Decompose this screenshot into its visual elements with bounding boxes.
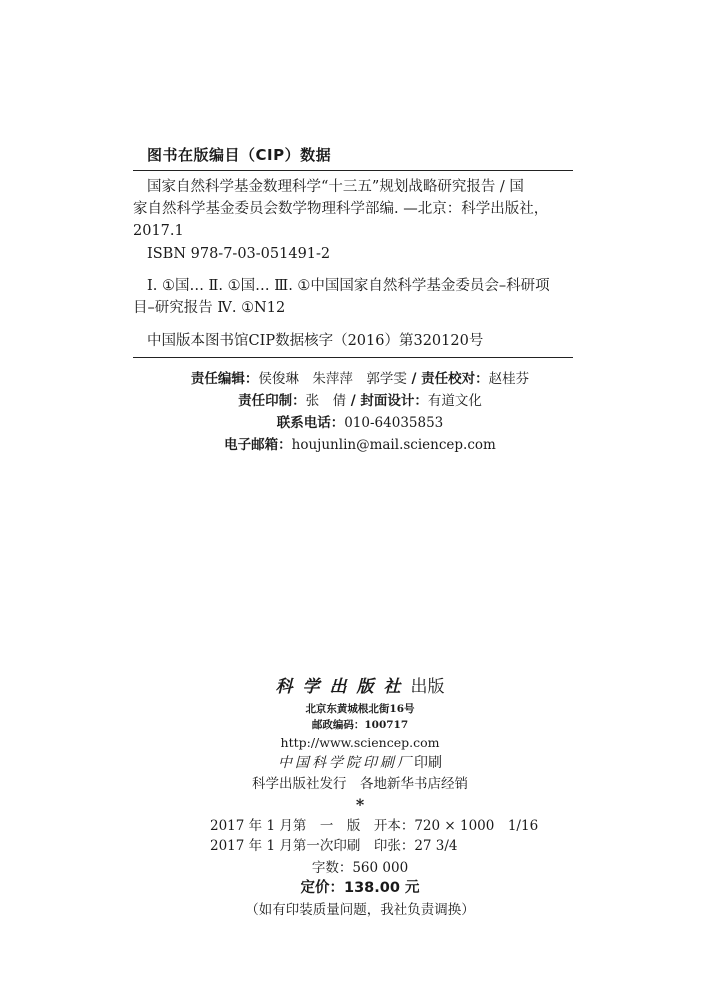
publisher-postcode: 邮政编码：100717 xyxy=(0,717,720,733)
description-line-2: 家自然科学基金委员会数学物理科学部编. —北京：科学出版社， xyxy=(133,198,573,220)
classification-line-2: 目–研究报告 Ⅳ. ①N12 xyxy=(133,297,573,319)
editors-label: 责任编辑： xyxy=(191,371,259,387)
proofreader-name: 赵桂芬 xyxy=(489,371,530,387)
editors-names: 侯俊琳 朱萍萍 郭学雯 xyxy=(258,371,407,387)
printing-line: 责任印制：张 倩 / 封面设计：有道文化 xyxy=(0,390,720,412)
specs-printing: 2017 年 1 月第一次印刷 印张：27 3/4 xyxy=(210,834,458,854)
email-label: 电子邮箱： xyxy=(224,437,292,453)
printing-name: 张 倩 xyxy=(306,393,347,409)
printer-line: 中国科学院印刷厂印刷 xyxy=(0,753,720,773)
distribution-line: 科学出版社发行 各地新华书店经销 xyxy=(0,773,720,795)
printing-label: 责任印制： xyxy=(238,393,306,409)
word-count: 字数：560 000 xyxy=(0,856,720,876)
cip-description: 国家自然科学基金数理科学“十三五”规划战略研究报告 / 国 家自然科学基金委员会… xyxy=(133,176,573,242)
publisher-website: http://www.sciencep.com xyxy=(0,733,720,753)
email-line: 电子邮箱：houjunlin@mail.sciencep.com xyxy=(0,434,720,456)
isbn: ISBN 978-7-03-051491-2 xyxy=(133,243,573,265)
publisher-name-suffix: 出版 xyxy=(411,677,445,697)
proofreader-label: / 责任校对： xyxy=(407,371,489,387)
cip-record: 中国版本图书馆CIP数据核字（2016）第320120号 xyxy=(133,330,573,352)
specs-edition: 2017 年 1 月第 一 版 开本：720 × 1000 1/16 xyxy=(210,814,538,834)
printer-calligraphy: 中国科学院印刷厂 xyxy=(278,755,414,771)
classification-line-1: Ⅰ. ①国… Ⅱ. ①国… Ⅲ. ①中国国家自然科学基金委员会–科研项 xyxy=(133,275,573,297)
cover-label: / 封面设计： xyxy=(346,393,428,409)
phone-label: 联系电话： xyxy=(277,415,345,431)
cover-name: 有道文化 xyxy=(428,393,482,409)
publisher-block: 科学出版社出版 北京东黄城根北街16号 邮政编码：100717 http://w… xyxy=(0,672,720,795)
top-rule xyxy=(133,170,573,171)
classification: Ⅰ. ①国… Ⅱ. ①国… Ⅲ. ①中国国家自然科学基金委员会–科研项 目–研究… xyxy=(133,275,573,319)
separator-star: * xyxy=(0,795,720,814)
publisher-name-calligraphy: 科学出版社 xyxy=(276,677,411,697)
description-line-3: 2017.1 xyxy=(133,220,573,242)
description-line-1: 国家自然科学基金数理科学“十三五”规划战略研究报告 / 国 xyxy=(133,176,573,198)
credits-block: 责任编辑：侯俊琳 朱萍萍 郭学雯 / 责任校对：赵桂芬 责任印制：张 倩 / 封… xyxy=(0,368,720,456)
price: 定价：138.00 元 xyxy=(0,876,720,897)
printer-suffix: 印刷 xyxy=(414,755,442,771)
editors-line: 责任编辑：侯俊琳 朱萍萍 郭学雯 / 责任校对：赵桂芬 xyxy=(0,368,720,390)
phone-number: 010-64035853 xyxy=(344,415,443,431)
email-address: houjunlin@mail.sciencep.com xyxy=(292,437,496,453)
phone-line: 联系电话：010-64035853 xyxy=(0,412,720,434)
publisher-address: 北京东黄城根北街16号 xyxy=(0,701,720,717)
bottom-rule xyxy=(133,357,573,358)
quality-notice: （如有印装质量问题，我社负责调换） xyxy=(0,898,720,918)
publisher-logo: 科学出版社出版 xyxy=(0,672,720,697)
cip-heading: 图书在版编目（CIP）数据 xyxy=(147,144,331,165)
